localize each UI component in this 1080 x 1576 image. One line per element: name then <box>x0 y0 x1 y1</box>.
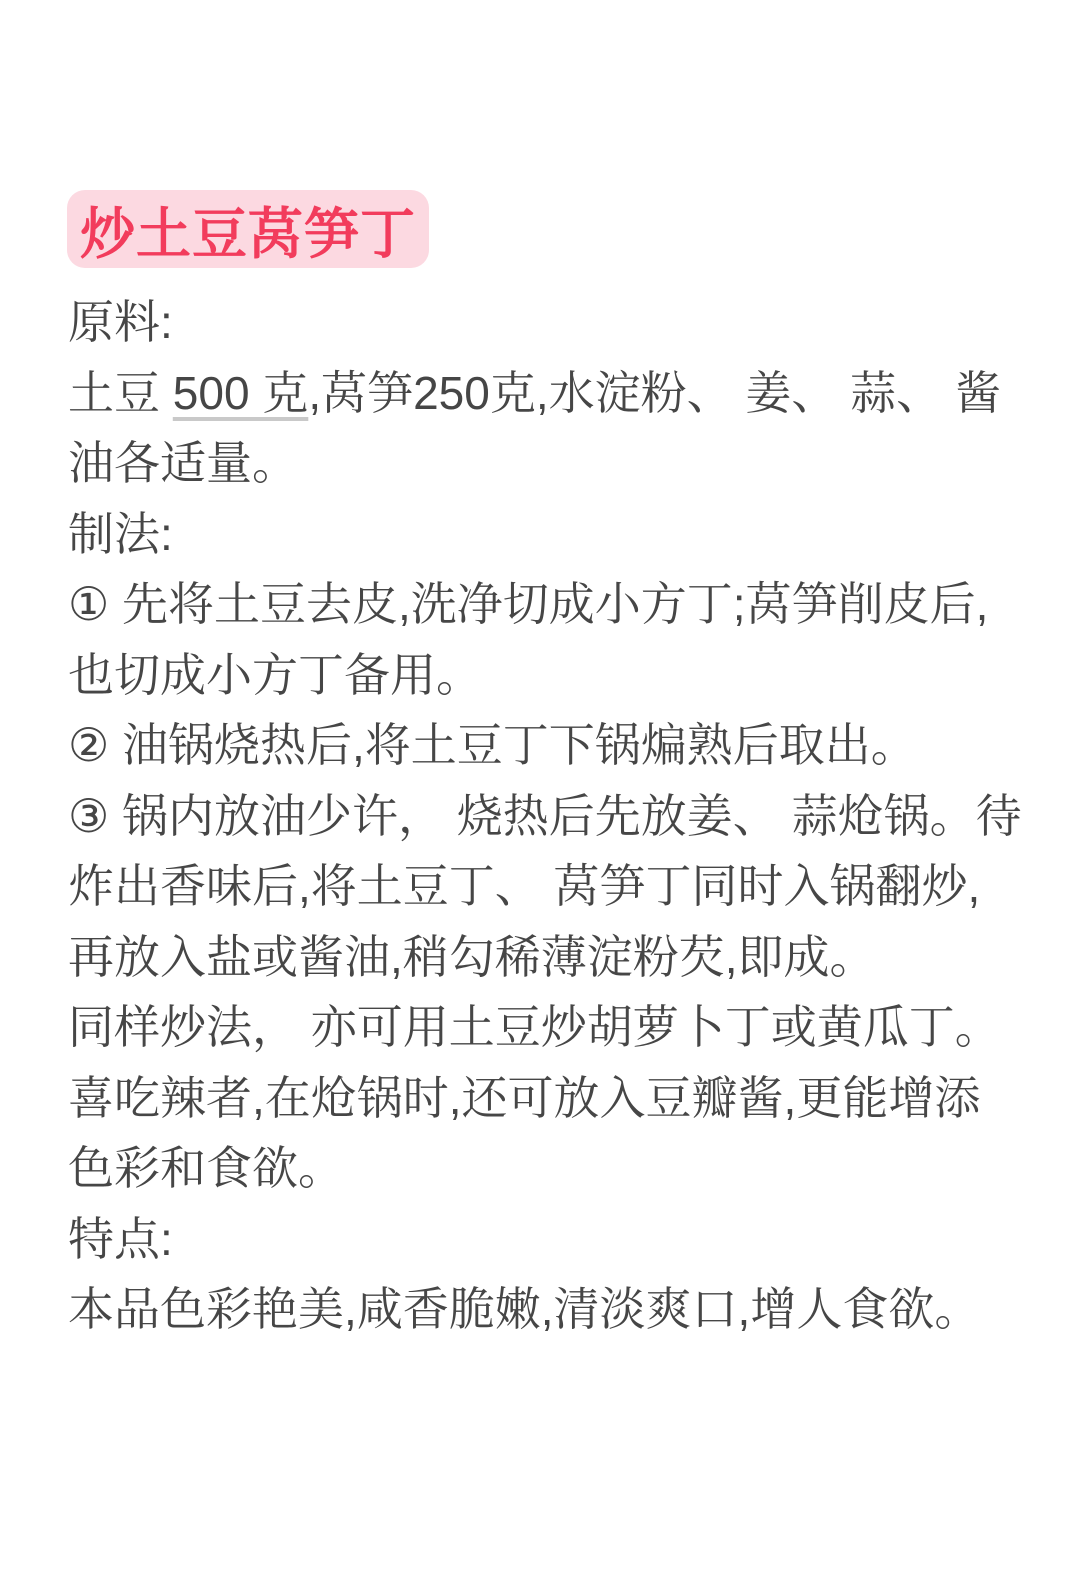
ingredients-heading: 原料: <box>68 287 1028 358</box>
method-variation-line: 同样炒法， 亦可用土豆炒胡萝卜丁或黄瓜丁。 <box>68 992 1028 1063</box>
features-line: 本品色彩艳美,咸香脆嫩,清淡爽口,增人食欲。 <box>68 1274 1028 1345</box>
method-step-3-line-1: ③ 锅内放油少许， 烧热后先放姜、 蒜炝锅。待 <box>68 781 1028 852</box>
ingredients-text-post: ,莴笋250克,水淀粉、 姜、 蒜、 酱 <box>308 367 1001 419</box>
ingredients-line-1: 土豆 500 克,莴笋250克,水淀粉、 姜、 蒜、 酱 <box>68 358 1028 429</box>
method-heading: 制法: <box>68 499 1028 570</box>
method-step-1-line-2: 也切成小方丁备用。 <box>68 640 1028 711</box>
features-heading: 特点: <box>68 1204 1028 1275</box>
recipe-title: 炒土豆莴笋丁 <box>80 190 416 269</box>
method-spicy-tip-line-2: 色彩和食欲。 <box>68 1133 1028 1204</box>
method-spicy-tip-line-1: 喜吃辣者,在炝锅时,还可放入豆瓣酱,更能增添 <box>68 1063 1028 1134</box>
recipe-page: 炒土豆莴笋丁 原料: 土豆 500 克,莴笋250克,水淀粉、 姜、 蒜、 酱 … <box>0 0 1080 1576</box>
method-step-3-line-3: 再放入盐或酱油,稍勾稀薄淀粉芡,即成。 <box>68 922 1028 993</box>
recipe-body: 原料: 土豆 500 克,莴笋250克,水淀粉、 姜、 蒜、 酱 油各适量。 制… <box>68 287 1028 1345</box>
method-step-2: ② 油锅烧热后,将土豆丁下锅煸熟后取出。 <box>68 710 1028 781</box>
ingredients-text-pre: 土豆 <box>68 367 173 419</box>
ingredients-amount-underlined: 500 克 <box>173 367 309 419</box>
recipe-title-badge: 炒土豆莴笋丁 <box>67 190 429 268</box>
method-step-3-line-2: 炸出香味后,将土豆丁、 莴笋丁同时入锅翻炒, <box>68 851 1028 922</box>
method-step-1-line-1: ① 先将土豆去皮,洗净切成小方丁;莴笋削皮后, <box>68 569 1028 640</box>
ingredients-line-2: 油各适量。 <box>68 428 1028 499</box>
